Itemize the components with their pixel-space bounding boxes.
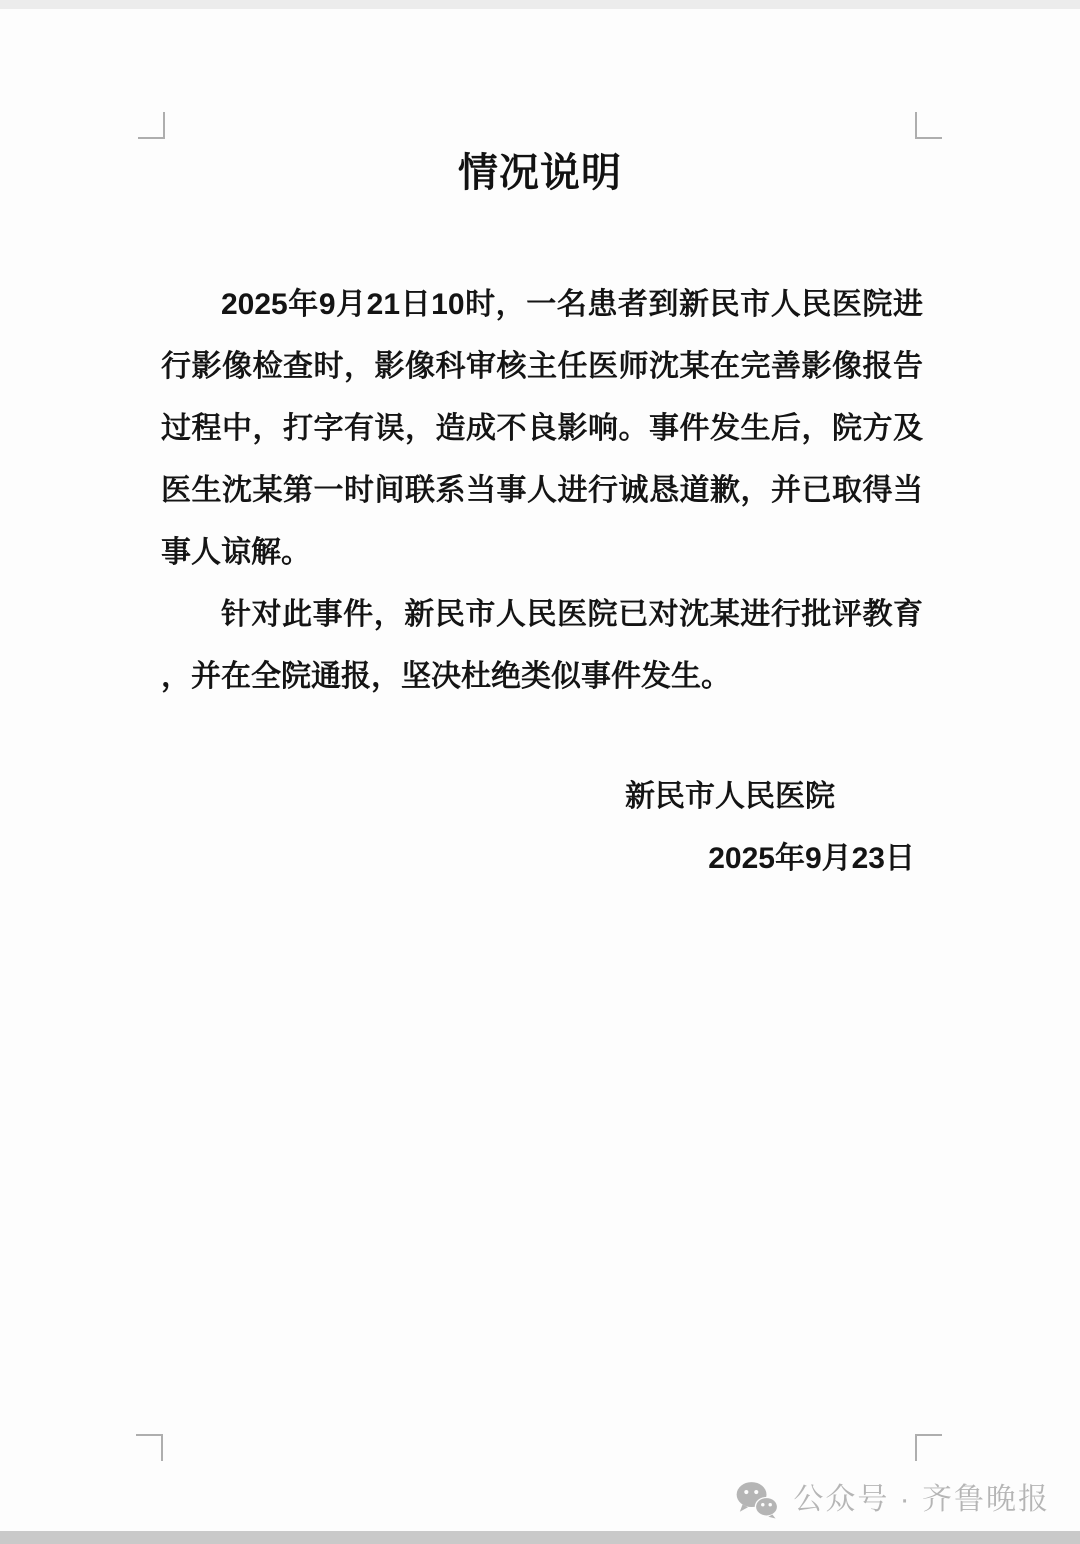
signature-date: 2025年9月23日 — [161, 828, 923, 890]
body-line: 医生沈某第一时间联系当事人进行诚恳道歉，并已取得当 — [161, 460, 923, 522]
watermark: 公众号 · 齐鲁晚报 — [735, 1476, 1050, 1524]
crop-mark-top-left — [138, 112, 165, 139]
signature: 新民市人民医院 — [161, 766, 923, 828]
body-line: 事人谅解。 — [161, 522, 923, 584]
body-line: 2025年9月21日10时，一名患者到新民市人民医院进 — [161, 274, 923, 336]
body-line: 过程中，打字有误，造成不良影响。事件发生后，院方及 — [161, 398, 923, 460]
crop-mark-bottom-left — [136, 1434, 163, 1461]
document-body: 2025年9月21日10时，一名患者到新民市人民医院进 行影像检查时，影像科审核… — [161, 274, 923, 708]
body-line: ，并在全院通报，坚决杜绝类似事件发生。 — [161, 646, 923, 708]
photo-edge-top-strip — [0, 0, 1080, 9]
photo-edge-bottom-strip — [0, 1531, 1080, 1544]
document-page: { "page": { "background": "#fdfdfd", "to… — [0, 0, 1080, 1544]
crop-mark-top-right — [915, 112, 942, 139]
crop-mark-bottom-right — [915, 1434, 942, 1461]
body-line: 行影像检查时，影像科审核主任医师沈某在完善影像报告 — [161, 336, 923, 398]
watermark-label: 公众号 · 齐鲁晚报 — [793, 1476, 1050, 1524]
wechat-icon — [735, 1481, 779, 1519]
page-title: 情况说明 — [0, 142, 1080, 204]
signature-block: 新民市人民医院 2025年9月23日 — [161, 766, 923, 890]
body-line: 针对此事件，新民市人民医院已对沈某进行批评教育 — [161, 584, 923, 646]
